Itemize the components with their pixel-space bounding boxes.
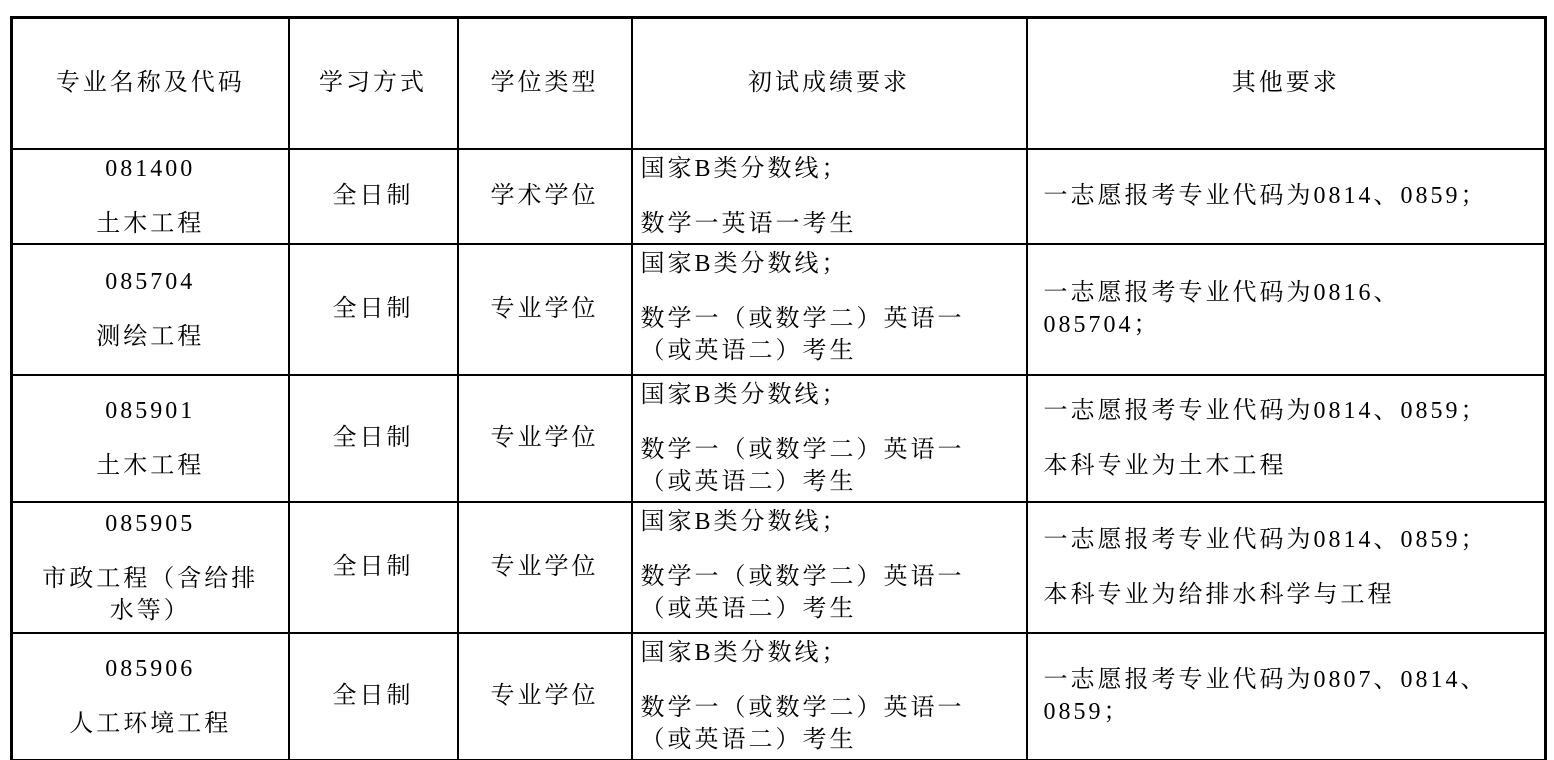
other-req-cell: 一志愿报考专业代码为0807、0814、0859； xyxy=(1027,633,1546,760)
document-page: 专业名称及代码 学习方式 学位类型 初试成绩要求 其他要求 081400 土木工… xyxy=(0,0,1554,760)
admissions-table: 专业名称及代码 学习方式 学位类型 初试成绩要求 其他要求 081400 土木工… xyxy=(10,16,1547,760)
score-req-cell: 国家B类分数线； 数学一（或数学二）英语一（或英语二）考生 xyxy=(632,633,1027,760)
major-cell: 085905 市政工程（含给排水等） xyxy=(12,502,289,633)
major-name: 测绘工程 xyxy=(37,321,264,353)
major-name: 土木工程 xyxy=(37,450,264,482)
study-mode-cell: 全日制 xyxy=(289,244,458,375)
major-name: 土木工程 xyxy=(37,208,264,240)
score-req-line: 数学一（或数学二）英语一（或英语二）考生 xyxy=(641,692,971,756)
other-req-line: 本科专业为给排水科学与工程 xyxy=(1044,579,1515,611)
study-mode-cell: 全日制 xyxy=(289,375,458,502)
other-req-line: 本科专业为土木工程 xyxy=(1044,450,1515,482)
major-name: 人工环境工程 xyxy=(37,708,264,740)
table-row: 085704 测绘工程 全日制 专业学位 国家B类分数线； 数学一（或数学二）英… xyxy=(12,244,1546,375)
major-code: 081400 xyxy=(37,153,264,185)
major-cell: 085704 测绘工程 xyxy=(12,244,289,375)
table-row: 085905 市政工程（含给排水等） 全日制 专业学位 国家B类分数线； 数学一… xyxy=(12,502,1546,633)
degree-type-cell: 专业学位 xyxy=(458,502,632,633)
other-req-cell: 一志愿报考专业代码为0814、0859； xyxy=(1027,149,1546,244)
major-cell: 081400 土木工程 xyxy=(12,149,289,244)
study-mode-cell: 全日制 xyxy=(289,502,458,633)
other-req-line: 一志愿报考专业代码为0814、0859； xyxy=(1044,180,1515,212)
score-req-line: 国家B类分数线； xyxy=(641,637,971,669)
score-req-line: 国家B类分数线； xyxy=(641,153,971,185)
score-req-line: 数学一（或数学二）英语一（或英语二）考生 xyxy=(641,561,971,625)
major-code: 085906 xyxy=(37,653,264,685)
header-major: 专业名称及代码 xyxy=(12,18,289,149)
score-req-cell: 国家B类分数线； 数学一（或数学二）英语一（或英语二）考生 xyxy=(632,502,1027,633)
degree-type-cell: 专业学位 xyxy=(458,633,632,760)
study-mode-cell: 全日制 xyxy=(289,149,458,244)
table-row: 081400 土木工程 全日制 学术学位 国家B类分数线； 数学一英语一考生 一… xyxy=(12,149,1546,244)
other-req-line: 一志愿报考专业代码为0807、0814、0859； xyxy=(1044,664,1515,728)
study-mode-cell: 全日制 xyxy=(289,633,458,760)
score-req-cell: 国家B类分数线； 数学一（或数学二）英语一（或英语二）考生 xyxy=(632,244,1027,375)
other-req-cell: 一志愿报考专业代码为0814、0859； 本科专业为土木工程 xyxy=(1027,375,1546,502)
other-req-cell: 一志愿报考专业代码为0814、0859； 本科专业为给排水科学与工程 xyxy=(1027,502,1546,633)
degree-type-cell: 专业学位 xyxy=(458,244,632,375)
major-code: 085905 xyxy=(37,508,264,540)
score-req-line: 国家B类分数线； xyxy=(641,379,971,411)
other-req-line: 一志愿报考专业代码为0814、0859； xyxy=(1044,524,1515,556)
major-cell: 085906 人工环境工程 xyxy=(12,633,289,760)
major-code: 085704 xyxy=(37,266,264,298)
header-score-req: 初试成绩要求 xyxy=(632,18,1027,149)
table-row: 085906 人工环境工程 全日制 专业学位 国家B类分数线； 数学一（或数学二… xyxy=(12,633,1546,760)
major-cell: 085901 土木工程 xyxy=(12,375,289,502)
score-req-line: 国家B类分数线； xyxy=(641,248,971,280)
other-req-line: 一志愿报考专业代码为0814、0859； xyxy=(1044,395,1515,427)
table-row: 085901 土木工程 全日制 专业学位 国家B类分数线； 数学一（或数学二）英… xyxy=(12,375,1546,502)
degree-type-cell: 专业学位 xyxy=(458,375,632,502)
score-req-cell: 国家B类分数线； 数学一英语一考生 xyxy=(632,149,1027,244)
header-degree-type: 学位类型 xyxy=(458,18,632,149)
score-req-line: 国家B类分数线； xyxy=(641,506,971,538)
other-req-cell: 一志愿报考专业代码为0816、085704； xyxy=(1027,244,1546,375)
degree-type-cell: 学术学位 xyxy=(458,149,632,244)
score-req-line: 数学一（或数学二）英语一（或英语二）考生 xyxy=(641,434,971,498)
major-code: 085901 xyxy=(37,395,264,427)
major-name: 市政工程（含给排水等） xyxy=(37,563,264,627)
table-header-row: 专业名称及代码 学习方式 学位类型 初试成绩要求 其他要求 xyxy=(12,18,1546,149)
header-study-mode: 学习方式 xyxy=(289,18,458,149)
header-other-req: 其他要求 xyxy=(1027,18,1546,149)
score-req-line: 数学一（或数学二）英语一（或英语二）考生 xyxy=(641,303,971,367)
other-req-line: 一志愿报考专业代码为0816、085704； xyxy=(1044,277,1515,341)
score-req-line: 数学一英语一考生 xyxy=(641,208,971,240)
score-req-cell: 国家B类分数线； 数学一（或数学二）英语一（或英语二）考生 xyxy=(632,375,1027,502)
